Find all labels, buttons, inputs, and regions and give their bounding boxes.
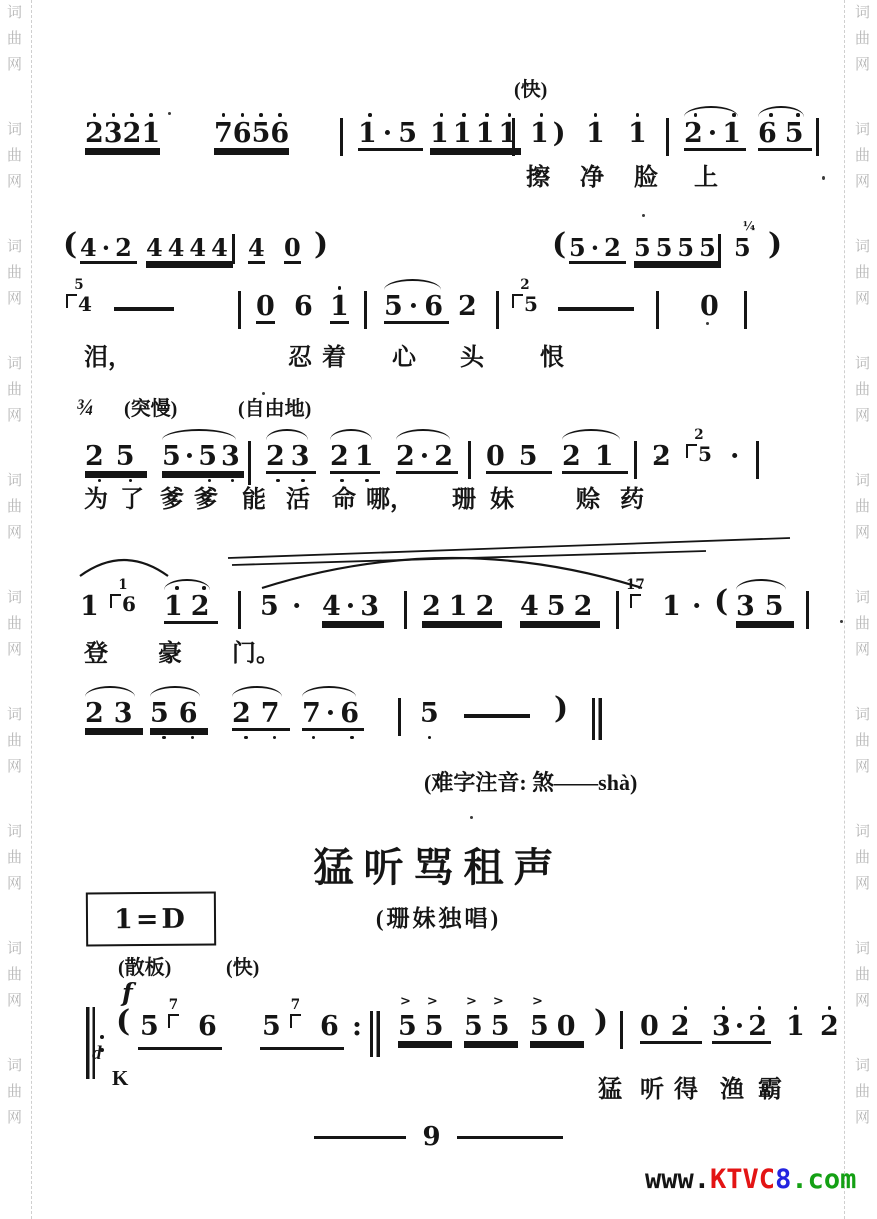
scan-speckle bbox=[840, 620, 843, 623]
note-digit: 1 bbox=[141, 120, 160, 147]
note-group: 02 bbox=[640, 1013, 702, 1041]
note-digit: 5 bbox=[116, 443, 147, 470]
scan-speckle bbox=[470, 816, 473, 819]
note-group: 21 bbox=[562, 443, 628, 471]
note-group: 1 bbox=[80, 593, 99, 621]
lyric-char: 门。 bbox=[232, 642, 280, 666]
note-digit: 3 bbox=[221, 443, 244, 470]
note-digit: 4 bbox=[211, 236, 233, 260]
note-group: 5 bbox=[420, 700, 439, 728]
note-digit: 0 bbox=[256, 293, 275, 320]
note-digit: 6 bbox=[233, 120, 252, 147]
margin-mark-k: K bbox=[112, 1068, 128, 1089]
lyric-char: 头 bbox=[460, 346, 484, 370]
parenthesis: ( bbox=[552, 230, 566, 260]
scanned-score-page: 词曲网词曲网词曲网词曲网词曲网词曲网词曲网词曲网词曲网词曲网 词曲网词曲网词曲网… bbox=[0, 0, 877, 1219]
note-digit: 2 bbox=[123, 120, 142, 147]
edge-watermark-char: 网 bbox=[855, 58, 870, 73]
edge-watermark-char: 词 bbox=[855, 357, 870, 372]
edge-watermark-char: 曲 bbox=[855, 383, 870, 398]
note-digit: 5 bbox=[140, 1013, 159, 1040]
note-digit: 6 bbox=[320, 1013, 339, 1040]
edge-watermark-char: 词 bbox=[855, 942, 870, 957]
note-digit: 4 bbox=[146, 236, 168, 260]
note-digit: 5 bbox=[398, 1013, 425, 1040]
edge-watermark-char: 词 bbox=[855, 1059, 870, 1074]
edge-watermark-char: 曲 bbox=[7, 149, 22, 164]
note-digit: 5 bbox=[262, 1013, 281, 1040]
note-group: 6 bbox=[294, 293, 313, 321]
bracket-glyph bbox=[630, 594, 641, 608]
note-digit: : bbox=[352, 1013, 362, 1040]
barline bbox=[816, 118, 819, 156]
edge-watermark-char: 词 bbox=[855, 6, 870, 21]
note-digit: 0 bbox=[284, 236, 301, 260]
note-digit: · bbox=[346, 593, 360, 620]
site-watermark-segment: www. bbox=[645, 1164, 710, 1195]
note-digit: 1 bbox=[786, 1013, 805, 1040]
edge-watermark-char: 曲 bbox=[855, 734, 870, 749]
glissando-line bbox=[228, 538, 790, 558]
edge-watermark-char: 词 bbox=[855, 591, 870, 606]
note-group: 0 bbox=[284, 236, 301, 261]
slur-arc bbox=[80, 560, 168, 576]
note-group: 55 bbox=[398, 1013, 452, 1041]
note-digit: 5 bbox=[150, 700, 179, 727]
note-digit: 2 bbox=[191, 593, 218, 620]
note-digit: · bbox=[730, 443, 739, 470]
stacked-fraction: 16 bbox=[110, 579, 136, 614]
note-digit: · bbox=[591, 236, 604, 260]
lyric-char: 豪 bbox=[158, 642, 182, 666]
note-digit: 1 bbox=[662, 593, 681, 620]
note-group: 55 bbox=[464, 1013, 518, 1041]
note-group: 1 bbox=[786, 1013, 805, 1041]
note-group: 2·2 bbox=[396, 443, 458, 471]
note-group: 21 bbox=[330, 443, 380, 471]
note-group: · bbox=[692, 593, 701, 621]
note-group: 2321 bbox=[85, 120, 160, 148]
page-number-dash-left bbox=[314, 1136, 406, 1139]
note-digit: 5 bbox=[785, 120, 812, 147]
note-digit: · bbox=[420, 443, 434, 470]
note-digit: 0 bbox=[640, 1013, 671, 1040]
note-digit: 2 bbox=[652, 443, 671, 470]
note-group: 05 bbox=[486, 443, 552, 471]
lyric-char: 得 bbox=[674, 1078, 698, 1102]
barline bbox=[656, 291, 659, 329]
lyric-char: 哪， bbox=[366, 488, 414, 512]
note-digit: 0 bbox=[700, 293, 719, 320]
note-group: 4·3 bbox=[322, 593, 384, 621]
note-digit: 5 bbox=[425, 1013, 452, 1040]
note-digit: 2 bbox=[232, 700, 261, 727]
note-digit: 5 bbox=[162, 443, 185, 470]
note-digit: 4 bbox=[248, 236, 265, 260]
edge-watermark-char: 词 bbox=[7, 474, 22, 489]
note-digit: 7 bbox=[302, 700, 326, 727]
edge-watermark-char: 词 bbox=[855, 240, 870, 255]
edge-watermark-char: 曲 bbox=[7, 617, 22, 632]
lyric-char: 了 bbox=[120, 488, 144, 512]
note-digit: 4 bbox=[520, 593, 547, 620]
lyric-char: 珊 bbox=[452, 488, 476, 512]
note-group: 50 bbox=[530, 1013, 584, 1041]
note-digit: 2 bbox=[396, 443, 420, 470]
note-digit: · bbox=[692, 593, 701, 620]
lyric-char: 脸 bbox=[634, 166, 658, 190]
note-digit: 6 bbox=[424, 293, 449, 320]
held-note-dash bbox=[464, 714, 530, 718]
beam-line bbox=[260, 1047, 344, 1050]
note-digit: 7 bbox=[214, 120, 233, 147]
scan-speckle bbox=[642, 214, 645, 217]
site-watermark-segment: 8 bbox=[775, 1164, 791, 1195]
note-digit: 1 bbox=[358, 120, 383, 147]
edge-watermark-char: 词 bbox=[7, 708, 22, 723]
page-number: 9 bbox=[422, 1122, 440, 1152]
note-digit: 5 bbox=[634, 236, 656, 260]
note-digit: 5 bbox=[656, 236, 678, 260]
bracket-glyph bbox=[110, 594, 121, 608]
note-digit: 4 bbox=[80, 236, 102, 260]
note-group: 7·6 bbox=[302, 700, 364, 728]
note-group: 5 bbox=[262, 1013, 281, 1041]
note-group: 5 bbox=[260, 593, 279, 621]
note-digit: 4 bbox=[189, 236, 211, 260]
note-group: 3·2 bbox=[712, 1013, 771, 1041]
scan-speckle bbox=[706, 322, 709, 325]
barline bbox=[468, 441, 471, 479]
note-digit: 2 bbox=[604, 236, 626, 260]
edge-watermark-char: 网 bbox=[7, 292, 22, 307]
scan-speckle bbox=[168, 112, 171, 115]
note-group: 5555 bbox=[634, 236, 721, 261]
note-group: 1 bbox=[662, 593, 681, 621]
barline bbox=[496, 291, 499, 329]
song1-tempo-annotation: (快) bbox=[514, 80, 547, 100]
lyric-char: 活 bbox=[286, 488, 310, 512]
edge-watermark-char: 词 bbox=[855, 474, 870, 489]
lyric-char: 霸 bbox=[758, 1078, 782, 1102]
note-digit: 2 bbox=[820, 1013, 839, 1040]
edge-watermark-char: 曲 bbox=[7, 1085, 22, 1100]
edge-watermark-char: 曲 bbox=[7, 383, 22, 398]
note-digit: 6 bbox=[179, 700, 208, 727]
note-group: 27 bbox=[232, 700, 290, 728]
lyric-char: 爹 bbox=[160, 488, 184, 512]
lyric-char: 爹 bbox=[194, 488, 218, 512]
note-group: : bbox=[352, 1013, 362, 1041]
edge-watermark-char: 词 bbox=[7, 591, 22, 606]
note-group: 212 bbox=[422, 593, 502, 621]
note-group: 1 bbox=[628, 120, 647, 148]
note-group: 0 bbox=[256, 293, 275, 321]
note-digit: · bbox=[735, 1013, 748, 1040]
slur-arc bbox=[262, 558, 642, 588]
tempo-sanban: (散板) bbox=[118, 958, 171, 978]
bracket-glyph bbox=[290, 1014, 301, 1028]
note-group: 5·6 bbox=[384, 293, 449, 321]
stacked-fraction: 25 bbox=[512, 279, 538, 314]
barline bbox=[666, 118, 669, 156]
edge-watermark-char: 曲 bbox=[7, 734, 22, 749]
note-digit: 1 bbox=[453, 120, 476, 147]
note-digit: 2 bbox=[115, 236, 137, 260]
note-digit: 7 bbox=[261, 700, 290, 727]
barline bbox=[744, 291, 747, 329]
edge-watermark-char: 词 bbox=[7, 942, 22, 957]
note-group: 23 bbox=[266, 443, 316, 471]
key-signature: 1=D bbox=[114, 903, 188, 935]
note-digit: 2 bbox=[85, 120, 104, 147]
scan-speckle bbox=[656, 456, 660, 459]
beam-line bbox=[138, 1047, 222, 1050]
note-digit: 2 bbox=[748, 1013, 771, 1040]
edge-watermark-char: 曲 bbox=[855, 617, 870, 632]
lyric-char: 忍 bbox=[288, 346, 312, 370]
lyric-char: 药 bbox=[620, 488, 644, 512]
note-group: 6 bbox=[198, 1013, 217, 1041]
edge-watermark-char: 网 bbox=[855, 526, 870, 541]
lyric-char: 泪， bbox=[84, 346, 132, 370]
barline bbox=[364, 291, 367, 329]
lyric-char: 赊 bbox=[576, 488, 600, 512]
edge-watermark-char: 曲 bbox=[855, 266, 870, 281]
note-group: 2 bbox=[652, 443, 671, 471]
note-group: 5 bbox=[140, 1013, 159, 1041]
note-group: 25 bbox=[85, 443, 147, 471]
note-digit: ) bbox=[553, 120, 570, 147]
note-group: 56 bbox=[150, 700, 208, 728]
repeat-barline bbox=[86, 1007, 95, 1079]
lyric-char: 着 bbox=[322, 346, 346, 370]
note-digit: · bbox=[292, 593, 301, 620]
barline bbox=[620, 1011, 623, 1049]
note-digit: 6 bbox=[294, 293, 313, 320]
edge-watermark-char: 曲 bbox=[7, 500, 22, 515]
note-digit: 1 bbox=[498, 120, 521, 147]
note-digit: 6 bbox=[340, 700, 364, 727]
note-digit: 5 bbox=[260, 593, 279, 620]
edge-watermark-char: 网 bbox=[7, 58, 22, 73]
scan-speckle bbox=[262, 392, 265, 395]
note-digit: 2 bbox=[574, 593, 601, 620]
note-digit: 0 bbox=[486, 443, 519, 470]
note-group: 7656 bbox=[214, 120, 289, 148]
edge-watermark-char: 网 bbox=[7, 994, 22, 1009]
stacked-fraction: 7 bbox=[168, 999, 179, 1028]
note-digit: 1 bbox=[628, 120, 647, 147]
note-digit: 5 bbox=[765, 593, 794, 620]
parenthesis: ( bbox=[714, 587, 728, 617]
note-digit: 3 bbox=[104, 120, 123, 147]
barline bbox=[340, 118, 343, 156]
edge-watermark-char: 网 bbox=[855, 292, 870, 307]
note-digit: 3 bbox=[291, 443, 316, 470]
note-digit: 2 bbox=[671, 1013, 702, 1040]
lyric-char: 命 bbox=[332, 488, 356, 512]
double-barline bbox=[592, 698, 602, 740]
double-barline bbox=[370, 1011, 380, 1057]
bracket-glyph bbox=[168, 1014, 179, 1028]
barline bbox=[232, 234, 235, 264]
note-digit: 6 bbox=[198, 1013, 217, 1040]
dynamic-forte: f bbox=[122, 980, 133, 1005]
note-digit: · bbox=[708, 120, 722, 147]
lyric-char: 能 bbox=[242, 488, 266, 512]
note-digit: 1 bbox=[330, 293, 349, 320]
note-digit: 5 bbox=[491, 1013, 518, 1040]
edge-watermark-char: 曲 bbox=[855, 1085, 870, 1100]
barline bbox=[398, 698, 401, 736]
lyric-char: 渔 bbox=[720, 1078, 744, 1102]
barline bbox=[512, 118, 515, 156]
edge-watermark-char: 曲 bbox=[855, 32, 870, 47]
note-group: 12 bbox=[164, 593, 218, 621]
lyric-char: 上 bbox=[694, 166, 718, 190]
held-note-dash bbox=[558, 307, 634, 311]
scan-speckle bbox=[822, 176, 825, 180]
lyric-char: 登 bbox=[84, 642, 108, 666]
key-signature-box: 1=D bbox=[86, 892, 216, 947]
note-group: 4·2 bbox=[80, 236, 137, 261]
note-digit: 3 bbox=[360, 593, 384, 620]
barline bbox=[718, 234, 721, 264]
note-group: 5·53 bbox=[162, 443, 244, 471]
note-digit: 1 bbox=[595, 443, 628, 470]
note-digit: 5 bbox=[530, 1013, 557, 1040]
note-digit: 3 bbox=[712, 1013, 735, 1040]
held-note-dash bbox=[114, 307, 174, 311]
note-digit: 5 bbox=[677, 236, 699, 260]
edge-watermark-char: 网 bbox=[855, 994, 870, 1009]
lyric-char: 听 bbox=[640, 1078, 664, 1102]
barline bbox=[404, 591, 407, 629]
page-number-row: 9 bbox=[0, 1122, 877, 1152]
note-digit: 6 bbox=[758, 120, 785, 147]
site-watermark: www.KTVC8.com bbox=[645, 1164, 856, 1195]
bracket-glyph bbox=[686, 444, 697, 458]
stacked-fraction: 54 bbox=[66, 279, 92, 314]
song-title: 猛听骂租声 bbox=[0, 836, 877, 893]
note-group: 1 bbox=[586, 120, 605, 148]
stacked-fraction: 25 bbox=[686, 429, 712, 464]
note-group: 5·2 bbox=[569, 236, 626, 261]
parenthesis: ( bbox=[63, 230, 77, 260]
barline bbox=[238, 291, 241, 329]
edge-watermark-char: 词 bbox=[855, 123, 870, 138]
edge-watermark-char: 词 bbox=[7, 1059, 22, 1074]
note-digit: 1 bbox=[430, 120, 453, 147]
parenthesis: ) bbox=[768, 230, 782, 260]
note-group: 5¼ bbox=[734, 236, 751, 261]
edge-watermark-char: 词 bbox=[7, 240, 22, 255]
note-digit: 2 bbox=[422, 593, 449, 620]
note-digit: 1 bbox=[530, 120, 553, 147]
note-group: 4444 bbox=[146, 236, 233, 261]
note-digit: 2 bbox=[684, 120, 708, 147]
glissando-line bbox=[232, 551, 706, 565]
note-digit: 2 bbox=[562, 443, 595, 470]
note-digit: 5 bbox=[384, 293, 409, 320]
barline bbox=[806, 591, 809, 629]
note-group: 0 bbox=[700, 293, 719, 321]
note-digit: 2 bbox=[266, 443, 291, 470]
edge-watermark-char: 词 bbox=[7, 6, 22, 21]
note-digit: 5 bbox=[398, 120, 423, 147]
note-digit: 5 bbox=[198, 443, 221, 470]
edge-watermark-char: 网 bbox=[7, 526, 22, 541]
note-group: 2·1 bbox=[684, 120, 746, 148]
note-digit: 4 bbox=[168, 236, 190, 260]
parenthesis: ) bbox=[594, 1007, 608, 1037]
barline bbox=[634, 441, 637, 479]
note-group: 4 bbox=[248, 236, 265, 261]
note-group: 452 bbox=[520, 593, 600, 621]
site-watermark-segment: KTVC bbox=[710, 1164, 775, 1195]
note-digit: 5 bbox=[734, 236, 751, 260]
note-digit: 6 bbox=[270, 120, 289, 147]
note-group: 2 bbox=[458, 293, 477, 321]
barline bbox=[756, 441, 759, 479]
right-dashed-border bbox=[844, 0, 845, 1219]
edge-watermark-char: 网 bbox=[7, 760, 22, 775]
barline bbox=[248, 441, 251, 485]
lyric-char: 净 bbox=[580, 166, 604, 190]
lyric-char: 猛 bbox=[598, 1078, 622, 1102]
note-digit: 1 bbox=[449, 593, 476, 620]
parenthesis: ) bbox=[554, 694, 568, 724]
note-group: · bbox=[730, 443, 739, 471]
note-digit: · bbox=[326, 700, 340, 727]
edge-watermark-char: 曲 bbox=[7, 266, 22, 281]
lyric-char: 为 bbox=[84, 488, 108, 512]
note-digit: 2 bbox=[330, 443, 355, 470]
note-digit: 4 bbox=[322, 593, 346, 620]
note-group: · bbox=[292, 593, 301, 621]
pronunciation-note: (难字注音: 煞——shà) bbox=[424, 772, 637, 794]
note-group: 1 bbox=[330, 293, 349, 321]
note-group: 23 bbox=[85, 700, 143, 728]
freely-annotation: (自由地) bbox=[238, 399, 311, 419]
edge-watermark-char: 曲 bbox=[855, 500, 870, 515]
barline bbox=[238, 591, 241, 629]
site-watermark-segment: .com bbox=[791, 1164, 856, 1195]
note-group: 1) bbox=[530, 120, 570, 148]
edge-watermark-char: 网 bbox=[855, 175, 870, 190]
note-digit: 5 bbox=[420, 700, 439, 727]
parenthesis: ( bbox=[116, 1007, 130, 1037]
stacked-fraction: 7 bbox=[290, 999, 301, 1028]
note-digit: 1 bbox=[586, 120, 605, 147]
note-digit: 5 bbox=[569, 236, 591, 260]
note-digit: 1 bbox=[355, 443, 380, 470]
note-digit: · bbox=[383, 120, 398, 147]
note-digit: 1 bbox=[722, 120, 746, 147]
bracket-glyph bbox=[512, 294, 523, 308]
barline bbox=[616, 591, 619, 629]
edge-watermark-char: 网 bbox=[7, 175, 22, 190]
edge-watermark-char: 网 bbox=[7, 409, 22, 424]
note-digit: 5 bbox=[547, 593, 574, 620]
fraction-mark: ¾ bbox=[76, 396, 93, 419]
lyric-char: 妹 bbox=[490, 488, 514, 512]
small-fraction-mark: ¼ bbox=[743, 220, 756, 232]
note-digit: 0 bbox=[557, 1013, 584, 1040]
note-digit: · bbox=[185, 443, 198, 470]
edge-watermark-char: 网 bbox=[7, 643, 22, 658]
